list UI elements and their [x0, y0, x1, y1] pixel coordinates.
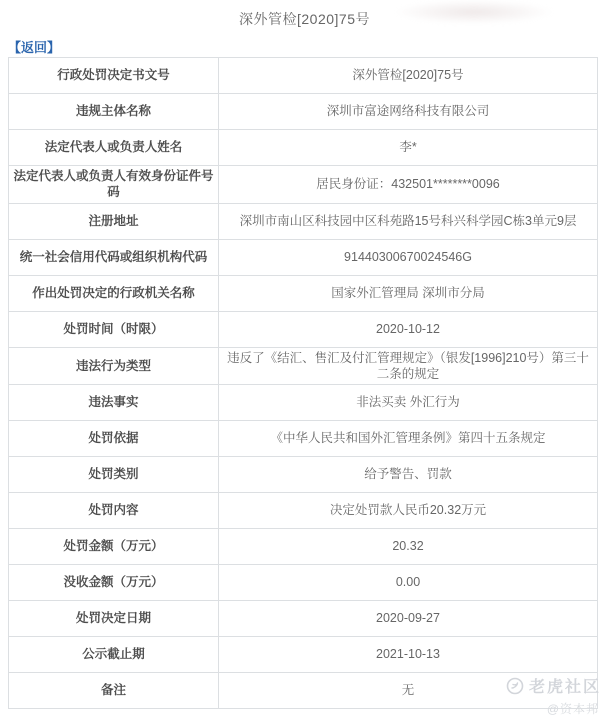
row-value: 给予警告、罚款: [219, 457, 598, 493]
table-row: 法定代表人或负责人姓名 李*: [9, 130, 598, 166]
table-row: 处罚依据 《中华人民共和国外汇管理条例》第四十五条规定: [9, 421, 598, 457]
row-label: 备注: [9, 673, 219, 709]
table-row: 处罚金额（万元） 20.32: [9, 529, 598, 565]
row-label: 处罚时间（时限）: [9, 311, 219, 347]
table-row: 注册地址 深圳市南山区科技园中区科苑路15号科兴科学园C栋3单元9层: [9, 203, 598, 239]
row-label: 处罚内容: [9, 493, 219, 529]
row-value: 91440300670024546G: [219, 239, 598, 275]
row-value: 《中华人民共和国外汇管理条例》第四十五条规定: [219, 421, 598, 457]
row-label: 统一社会信用代码或组织机构代码: [9, 239, 219, 275]
row-value: 无: [219, 673, 598, 709]
row-value: 2021-10-13: [219, 637, 598, 673]
row-label: 处罚类别: [9, 457, 219, 493]
row-label: 注册地址: [9, 203, 219, 239]
row-label: 违法行为类型: [9, 347, 219, 385]
table-row: 备注 无: [9, 673, 598, 709]
row-label: 作出处罚决定的行政机关名称: [9, 275, 219, 311]
row-label: 处罚决定日期: [9, 601, 219, 637]
row-label: 行政处罚决定书文号: [9, 58, 219, 94]
row-value: 国家外汇管理局 深圳市分局: [219, 275, 598, 311]
table-row: 处罚类别 给予警告、罚款: [9, 457, 598, 493]
row-label: 法定代表人或负责人姓名: [9, 130, 219, 166]
back-link[interactable]: 【返回】: [8, 37, 60, 56]
page-title: 深外管检[2020]75号: [0, 9, 609, 29]
table-row: 行政处罚决定书文号 深外管检[2020]75号: [9, 58, 598, 94]
row-value: 居民身份证：432501********0096: [219, 166, 598, 204]
row-value: 违反了《结汇、售汇及付汇管理规定》（银发[1996]210号）第三十二条的规定: [219, 347, 598, 385]
table-row: 作出处罚决定的行政机关名称 国家外汇管理局 深圳市分局: [9, 275, 598, 311]
row-value: 深外管检[2020]75号: [219, 58, 598, 94]
table-row: 公示截止期 2021-10-13: [9, 637, 598, 673]
row-value: 20.32: [219, 529, 598, 565]
row-label: 法定代表人或负责人有效身份证件号码: [9, 166, 219, 204]
row-value: 李*: [219, 130, 598, 166]
row-label: 没收金额（万元）: [9, 565, 219, 601]
row-label: 违法事实: [9, 385, 219, 421]
table-row: 违法行为类型 违反了《结汇、售汇及付汇管理规定》（银发[1996]210号）第三…: [9, 347, 598, 385]
row-label: 违规主体名称: [9, 94, 219, 130]
row-value: 非法买卖 外汇行为: [219, 385, 598, 421]
table-row: 处罚内容 决定处罚款人民币20.32万元: [9, 493, 598, 529]
table-row: 法定代表人或负责人有效身份证件号码 居民身份证：432501********00…: [9, 166, 598, 204]
penalty-detail-table: 行政处罚决定书文号 深外管检[2020]75号 违规主体名称 深圳市富途网络科技…: [8, 57, 598, 709]
table-row: 统一社会信用代码或组织机构代码 91440300670024546G: [9, 239, 598, 275]
row-value: 深圳市南山区科技园中区科苑路15号科兴科学园C栋3单元9层: [219, 203, 598, 239]
row-value: 0.00: [219, 565, 598, 601]
table-row: 处罚时间（时限） 2020-10-12: [9, 311, 598, 347]
row-label: 公示截止期: [9, 637, 219, 673]
row-value: 深圳市富途网络科技有限公司: [219, 94, 598, 130]
row-label: 处罚金额（万元）: [9, 529, 219, 565]
table-row: 没收金额（万元） 0.00: [9, 565, 598, 601]
row-label: 处罚依据: [9, 421, 219, 457]
table-row: 违法事实 非法买卖 外汇行为: [9, 385, 598, 421]
table-row: 违规主体名称 深圳市富途网络科技有限公司: [9, 94, 598, 130]
row-value: 2020-09-27: [219, 601, 598, 637]
table-row: 处罚决定日期 2020-09-27: [9, 601, 598, 637]
row-value: 2020-10-12: [219, 311, 598, 347]
row-value: 决定处罚款人民币20.32万元: [219, 493, 598, 529]
